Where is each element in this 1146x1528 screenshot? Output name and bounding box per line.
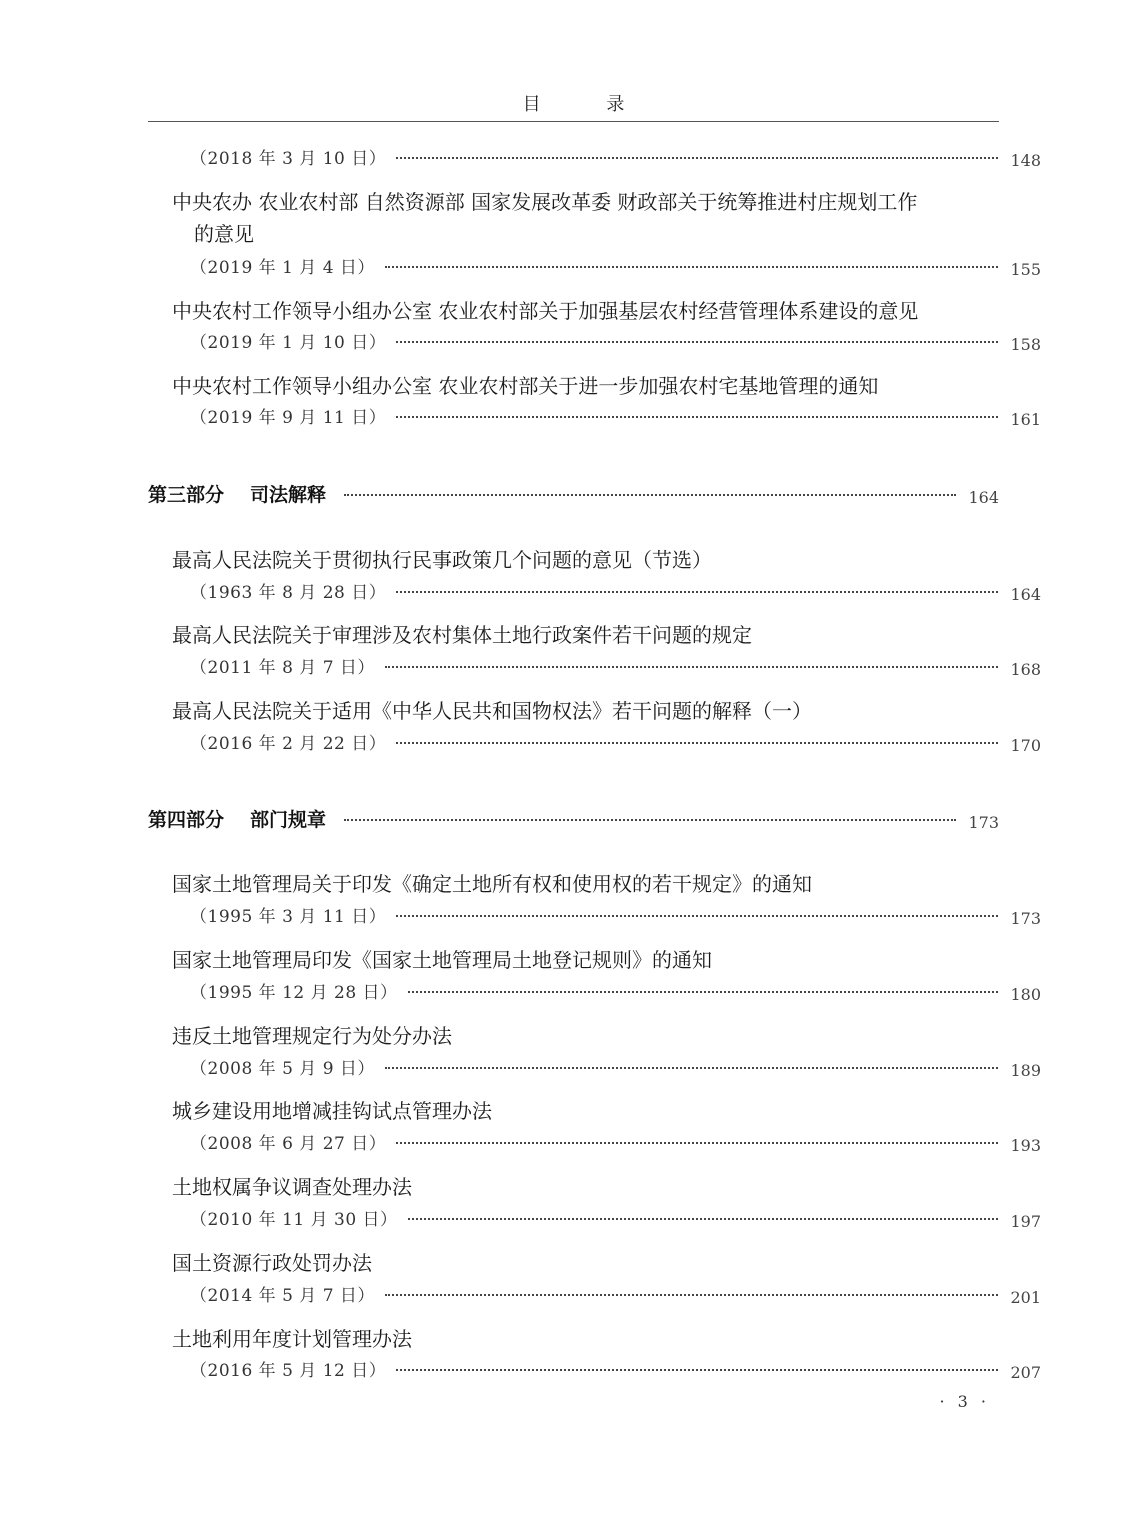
part-heading-3[interactable]: 第三部分 司法解释 164 [148, 481, 999, 510]
toc-entry-title[interactable]: 最高人民法院关于审理涉及农村集体土地行政案件若干问题的规定 [148, 621, 1023, 649]
page-number: 158 [1010, 331, 1041, 359]
toc-entry-title[interactable]: 中央农办 农业农村部 自然资源部 国家发展改革委 财政部关于统筹推进村庄规划工作 [148, 188, 1023, 216]
dot-leader [396, 416, 998, 418]
toc-entry-title[interactable]: 土地权属争议调查处理办法 [148, 1173, 1023, 1201]
toc-entry-date-line: （2011 年 8 月 7 日） 168 [148, 654, 1041, 682]
part-name: 部门规章 [250, 806, 326, 834]
part-number: 第三部分 [148, 481, 224, 509]
dot-leader [396, 915, 998, 917]
toc-entry-title[interactable]: 违反土地管理规定行为处分办法 [148, 1022, 1023, 1050]
dot-leader [408, 991, 999, 993]
toc-entry-date-line: （2019 年 9 月 11 日） 161 [148, 404, 1041, 432]
toc-entry-date-line: （2019 年 1 月 10 日） 158 [148, 329, 1041, 357]
toc-entry-title[interactable]: 最高人民法院关于适用《中华人民共和国物权法》若干问题的解释（一） [148, 697, 1023, 725]
entry-date: （2008 年 5 月 9 日） [190, 1055, 375, 1083]
page-number: 173 [968, 809, 999, 837]
toc-entry-date-line: （2014 年 5 月 7 日） 201 [148, 1282, 1041, 1310]
toc-entry-title[interactable]: 国家土地管理局印发《国家土地管理局土地登记规则》的通知 [148, 946, 1023, 974]
entry-date: （2019 年 1 月 4 日） [190, 254, 375, 282]
entry-date: （2014 年 5 月 7 日） [190, 1282, 375, 1310]
toc-entry-date-line: （1995 年 3 月 11 日） 173 [148, 903, 1041, 931]
toc-entry-date-line: （2016 年 5 月 12 日） 207 [148, 1357, 1041, 1385]
entry-date: （2016 年 2 月 22 日） [190, 730, 386, 758]
toc-entry-title[interactable]: 国家土地管理局关于印发《确定土地所有权和使用权的若干规定》的通知 [148, 870, 1023, 898]
dot-leader [385, 266, 999, 268]
page-number: 189 [1010, 1057, 1041, 1085]
entry-date: （2010 年 11 月 30 日） [190, 1206, 398, 1234]
page-number: 155 [1010, 256, 1041, 284]
entry-date: （1995 年 12 月 28 日） [190, 979, 398, 1007]
page-number: 197 [1010, 1208, 1041, 1236]
dot-leader [385, 1294, 999, 1296]
entry-date: （2008 年 6 月 27 日） [190, 1130, 386, 1158]
dot-leader [396, 591, 998, 593]
toc-entry-date-line: （2008 年 6 月 27 日） 193 [148, 1130, 1041, 1158]
dot-leader [396, 1369, 998, 1371]
toc-entry-title[interactable]: 中央农村工作领导小组办公室 农业农村部关于进一步加强农村宅基地管理的通知 [148, 372, 1023, 400]
toc-entry-title[interactable]: 中央农村工作领导小组办公室 农业农村部关于加强基层农村经营管理体系建设的意见 [148, 297, 1023, 325]
dot-leader [344, 494, 956, 496]
toc-entry-date-line: （2016 年 2 月 22 日） 170 [148, 730, 1041, 758]
header-rule [148, 121, 999, 122]
entry-date: （2019 年 1 月 10 日） [190, 329, 386, 357]
toc-entry-date-line: （1995 年 12 月 28 日） 180 [148, 979, 1041, 1007]
entry-date: （2016 年 5 月 12 日） [190, 1357, 386, 1385]
toc-entry-date-line: （2019 年 1 月 4 日） 155 [148, 254, 1041, 282]
dot-leader [396, 157, 998, 159]
toc-entry-title[interactable]: 国土资源行政处罚办法 [148, 1249, 1023, 1277]
toc-entry-title[interactable]: 城乡建设用地增减挂钩试点管理办法 [148, 1097, 1023, 1125]
toc-entry-title[interactable]: 最高人民法院关于贯彻执行民事政策几个问题的意见（节选） [148, 546, 1023, 574]
entry-date: （2019 年 9 月 11 日） [190, 404, 386, 432]
toc-entry-date-line: （2010 年 11 月 30 日） 197 [148, 1206, 1041, 1234]
toc-entry-date-line: （2008 年 5 月 9 日） 189 [148, 1055, 1041, 1083]
toc-entry-title-continued[interactable]: 的意见 [148, 220, 1045, 248]
running-head-title: 目 录 [148, 90, 999, 116]
dot-leader [396, 742, 998, 744]
page-number: 180 [1010, 981, 1041, 1009]
page-number: 168 [1010, 656, 1041, 684]
page-number: 164 [1010, 581, 1041, 609]
dot-leader [344, 819, 956, 821]
part-number: 第四部分 [148, 806, 224, 834]
entry-date: （2011 年 8 月 7 日） [190, 654, 375, 682]
page-number: 201 [1010, 1284, 1041, 1312]
page-folio: · 3 · [930, 1392, 990, 1411]
page-number: 161 [1010, 406, 1041, 434]
dot-leader [408, 1218, 999, 1220]
page-number: 207 [1010, 1359, 1041, 1387]
dot-leader [396, 341, 998, 343]
toc-entry-date-line: （1963 年 8 月 28 日） 164 [148, 579, 1041, 607]
part-name: 司法解释 [250, 481, 326, 509]
dot-leader [385, 1067, 999, 1069]
dot-leader [396, 1142, 998, 1144]
toc-entry-date-line: （2018 年 3 月 10 日） 148 [148, 145, 1041, 173]
toc-entry-title[interactable]: 土地利用年度计划管理办法 [148, 1325, 1023, 1353]
page-number: 170 [1010, 732, 1041, 760]
dot-leader [385, 666, 999, 668]
entry-date: （1995 年 3 月 11 日） [190, 903, 386, 931]
page-number: 173 [1010, 905, 1041, 933]
page-number: 193 [1010, 1132, 1041, 1160]
part-heading-4[interactable]: 第四部分 部门规章 173 [148, 806, 999, 835]
page-number: 148 [1010, 147, 1041, 175]
page-number: 164 [968, 484, 999, 512]
toc-page: 目 录 （2018 年 3 月 10 日） 148 中央农办 农业农村部 自然资… [0, 0, 1146, 1528]
entry-date: （2018 年 3 月 10 日） [190, 145, 386, 173]
entry-date: （1963 年 8 月 28 日） [190, 579, 386, 607]
